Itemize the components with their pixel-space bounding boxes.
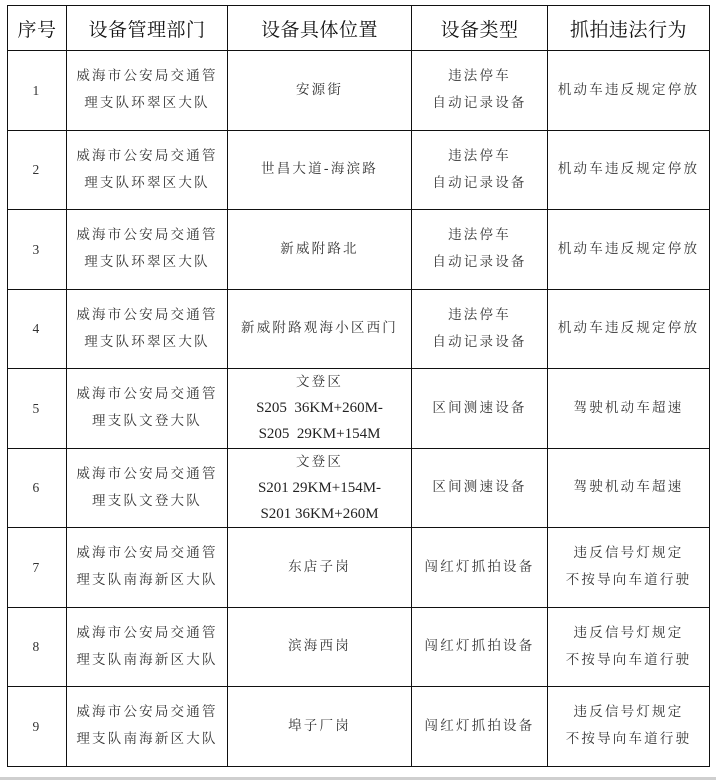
department-line: 威海市公安局交通管 xyxy=(71,63,223,90)
device-type-line: 违法停车 xyxy=(416,143,543,170)
cell-device-type: 区间测速设备 xyxy=(412,369,548,449)
cell-violation: 驾驶机动车超速 xyxy=(548,448,710,528)
cell-index: 7 xyxy=(8,528,67,608)
cell-location: 埠子厂岗 xyxy=(228,687,412,767)
location-line: 滨海西岗 xyxy=(232,633,407,660)
department-line: 威海市公安局交通管 xyxy=(71,699,223,726)
violation-line: 违反信号灯规定 xyxy=(552,620,705,647)
cell-department: 威海市公安局交通管 理支队环翠区大队 xyxy=(67,130,228,210)
violation-line: 不按导向车道行驶 xyxy=(552,647,705,674)
cell-department: 威海市公安局交通管 理支队环翠区大队 xyxy=(67,210,228,290)
cell-location: 世昌大道-海滨路 xyxy=(228,130,412,210)
cell-department: 威海市公安局交通管 理支队南海新区大队 xyxy=(67,687,228,767)
cell-violation: 违反信号灯规定 不按导向车道行驶 xyxy=(548,607,710,687)
cell-location: 新威附路北 xyxy=(228,210,412,290)
cell-device-type: 违法停车 自动记录设备 xyxy=(412,289,548,369)
department-line: 理支队南海新区大队 xyxy=(71,647,223,674)
table-row: 9 威海市公安局交通管 理支队南海新区大队 埠子厂岗 闯红灯抓拍设备 违反信号灯… xyxy=(8,687,710,767)
table-row: 4 威海市公安局交通管 理支队环翠区大队 新威附路观海小区西门 违法停车 自动记… xyxy=(8,289,710,369)
location-line: S205 36KM+260M- xyxy=(232,395,407,421)
device-type-line: 区间测速设备 xyxy=(416,474,543,501)
header-location: 设备具体位置 xyxy=(228,6,412,51)
cell-location: 文登区 S201 29KM+154M- S201 36KM+260M xyxy=(228,448,412,528)
device-type-line: 违法停车 xyxy=(416,222,543,249)
violation-line: 违反信号灯规定 xyxy=(552,540,705,567)
cell-location: 安源街 xyxy=(228,51,412,131)
header-device-type: 设备类型 xyxy=(412,6,548,51)
violation-line: 机动车违反规定停放 xyxy=(552,236,705,263)
device-type-line: 闯红灯抓拍设备 xyxy=(416,713,543,740)
table-row: 8 威海市公安局交通管 理支队南海新区大队 滨海西岗 闯红灯抓拍设备 违反信号灯… xyxy=(8,607,710,687)
department-line: 威海市公安局交通管 xyxy=(71,381,223,408)
location-line: S201 29KM+154M- xyxy=(232,475,407,501)
location-line: 新威附路北 xyxy=(232,236,407,263)
department-line: 理支队环翠区大队 xyxy=(71,249,223,276)
cell-violation: 机动车违反规定停放 xyxy=(548,130,710,210)
department-line: 理支队南海新区大队 xyxy=(71,726,223,753)
cell-department: 威海市公安局交通管 理支队环翠区大队 xyxy=(67,289,228,369)
department-line: 威海市公安局交通管 xyxy=(71,540,223,567)
department-line: 威海市公安局交通管 xyxy=(71,143,223,170)
table-row: 5 威海市公安局交通管 理支队文登大队 文登区 S205 36KM+260M- … xyxy=(8,369,710,449)
location-line: 文登区 xyxy=(232,369,407,395)
cell-department: 威海市公安局交通管 理支队南海新区大队 xyxy=(67,528,228,608)
table-header-row: 序号 设备管理部门 设备具体位置 设备类型 抓拍违法行为 xyxy=(8,6,710,51)
cell-violation: 违反信号灯规定 不按导向车道行驶 xyxy=(548,528,710,608)
cell-department: 威海市公安局交通管 理支队文登大队 xyxy=(67,448,228,528)
violation-line: 机动车违反规定停放 xyxy=(552,315,705,342)
device-type-line: 自动记录设备 xyxy=(416,329,543,356)
department-line: 理支队文登大队 xyxy=(71,408,223,435)
device-type-line: 自动记录设备 xyxy=(416,90,543,117)
location-line: 东店子岗 xyxy=(232,554,407,581)
cell-index: 4 xyxy=(8,289,67,369)
cell-location: 新威附路观海小区西门 xyxy=(228,289,412,369)
violation-line: 机动车违反规定停放 xyxy=(552,77,705,104)
location-line: 新威附路观海小区西门 xyxy=(232,315,407,342)
violation-line: 不按导向车道行驶 xyxy=(552,726,705,753)
cell-device-type: 违法停车 自动记录设备 xyxy=(412,130,548,210)
device-type-line: 违法停车 xyxy=(416,63,543,90)
location-line: 世昌大道-海滨路 xyxy=(232,156,407,183)
cell-index: 8 xyxy=(8,607,67,687)
cell-index: 2 xyxy=(8,130,67,210)
violation-line: 机动车违反规定停放 xyxy=(552,156,705,183)
cell-location: 东店子岗 xyxy=(228,528,412,608)
department-line: 理支队环翠区大队 xyxy=(71,329,223,356)
cell-device-type: 区间测速设备 xyxy=(412,448,548,528)
table-row: 7 威海市公安局交通管 理支队南海新区大队 东店子岗 闯红灯抓拍设备 违反信号灯… xyxy=(8,528,710,608)
violation-line: 驾驶机动车超速 xyxy=(552,474,705,501)
department-line: 理支队文登大队 xyxy=(71,488,223,515)
cell-device-type: 闯红灯抓拍设备 xyxy=(412,607,548,687)
cell-index: 5 xyxy=(8,369,67,449)
violation-line: 不按导向车道行驶 xyxy=(552,567,705,594)
location-line: S201 36KM+260M xyxy=(232,501,407,527)
violation-line: 违反信号灯规定 xyxy=(552,699,705,726)
cell-index: 9 xyxy=(8,687,67,767)
department-line: 理支队环翠区大队 xyxy=(71,90,223,117)
department-line: 威海市公安局交通管 xyxy=(71,620,223,647)
table-row: 2 威海市公安局交通管 理支队环翠区大队 世昌大道-海滨路 违法停车 自动记录设… xyxy=(8,130,710,210)
location-line: 文登区 xyxy=(232,449,407,475)
cell-department: 威海市公安局交通管 理支队南海新区大队 xyxy=(67,607,228,687)
cell-violation: 机动车违反规定停放 xyxy=(548,289,710,369)
cell-device-type: 闯红灯抓拍设备 xyxy=(412,687,548,767)
cell-violation: 驾驶机动车超速 xyxy=(548,369,710,449)
cell-index: 1 xyxy=(8,51,67,131)
cell-violation: 机动车违反规定停放 xyxy=(548,51,710,131)
device-type-line: 闯红灯抓拍设备 xyxy=(416,554,543,581)
location-line: S205 29KM+154M xyxy=(232,421,407,447)
header-index: 序号 xyxy=(8,6,67,51)
device-type-line: 闯红灯抓拍设备 xyxy=(416,633,543,660)
header-violation: 抓拍违法行为 xyxy=(548,6,710,51)
department-line: 威海市公安局交通管 xyxy=(71,222,223,249)
violation-line: 驾驶机动车超速 xyxy=(552,395,705,422)
department-line: 威海市公安局交通管 xyxy=(71,302,223,329)
department-line: 理支队环翠区大队 xyxy=(71,170,223,197)
device-type-line: 违法停车 xyxy=(416,302,543,329)
cell-device-type: 违法停车 自动记录设备 xyxy=(412,51,548,131)
department-line: 理支队南海新区大队 xyxy=(71,567,223,594)
table-row: 6 威海市公安局交通管 理支队文登大队 文登区 S201 29KM+154M- … xyxy=(8,448,710,528)
location-line: 安源街 xyxy=(232,77,407,104)
cell-device-type: 违法停车 自动记录设备 xyxy=(412,210,548,290)
location-line: 埠子厂岗 xyxy=(232,713,407,740)
cell-violation: 违反信号灯规定 不按导向车道行驶 xyxy=(548,687,710,767)
device-table-container: 序号 设备管理部门 设备具体位置 设备类型 抓拍违法行为 1 威海市公安局交通管… xyxy=(7,5,710,767)
cell-index: 3 xyxy=(8,210,67,290)
cell-violation: 机动车违反规定停放 xyxy=(548,210,710,290)
cell-device-type: 闯红灯抓拍设备 xyxy=(412,528,548,608)
cell-location: 文登区 S205 36KM+260M- S205 29KM+154M xyxy=(228,369,412,449)
table-row: 1 威海市公安局交通管 理支队环翠区大队 安源街 违法停车 自动记录设备 机动车… xyxy=(8,51,710,131)
cell-index: 6 xyxy=(8,448,67,528)
cell-location: 滨海西岗 xyxy=(228,607,412,687)
table-row: 3 威海市公安局交通管 理支队环翠区大队 新威附路北 违法停车 自动记录设备 机… xyxy=(8,210,710,290)
department-line: 威海市公安局交通管 xyxy=(71,461,223,488)
cell-department: 威海市公安局交通管 理支队文登大队 xyxy=(67,369,228,449)
header-department: 设备管理部门 xyxy=(67,6,228,51)
device-type-line: 自动记录设备 xyxy=(416,170,543,197)
device-type-line: 自动记录设备 xyxy=(416,249,543,276)
cell-department: 威海市公安局交通管 理支队环翠区大队 xyxy=(67,51,228,131)
traffic-camera-table: 序号 设备管理部门 设备具体位置 设备类型 抓拍违法行为 1 威海市公安局交通管… xyxy=(7,5,710,767)
device-type-line: 区间测速设备 xyxy=(416,395,543,422)
